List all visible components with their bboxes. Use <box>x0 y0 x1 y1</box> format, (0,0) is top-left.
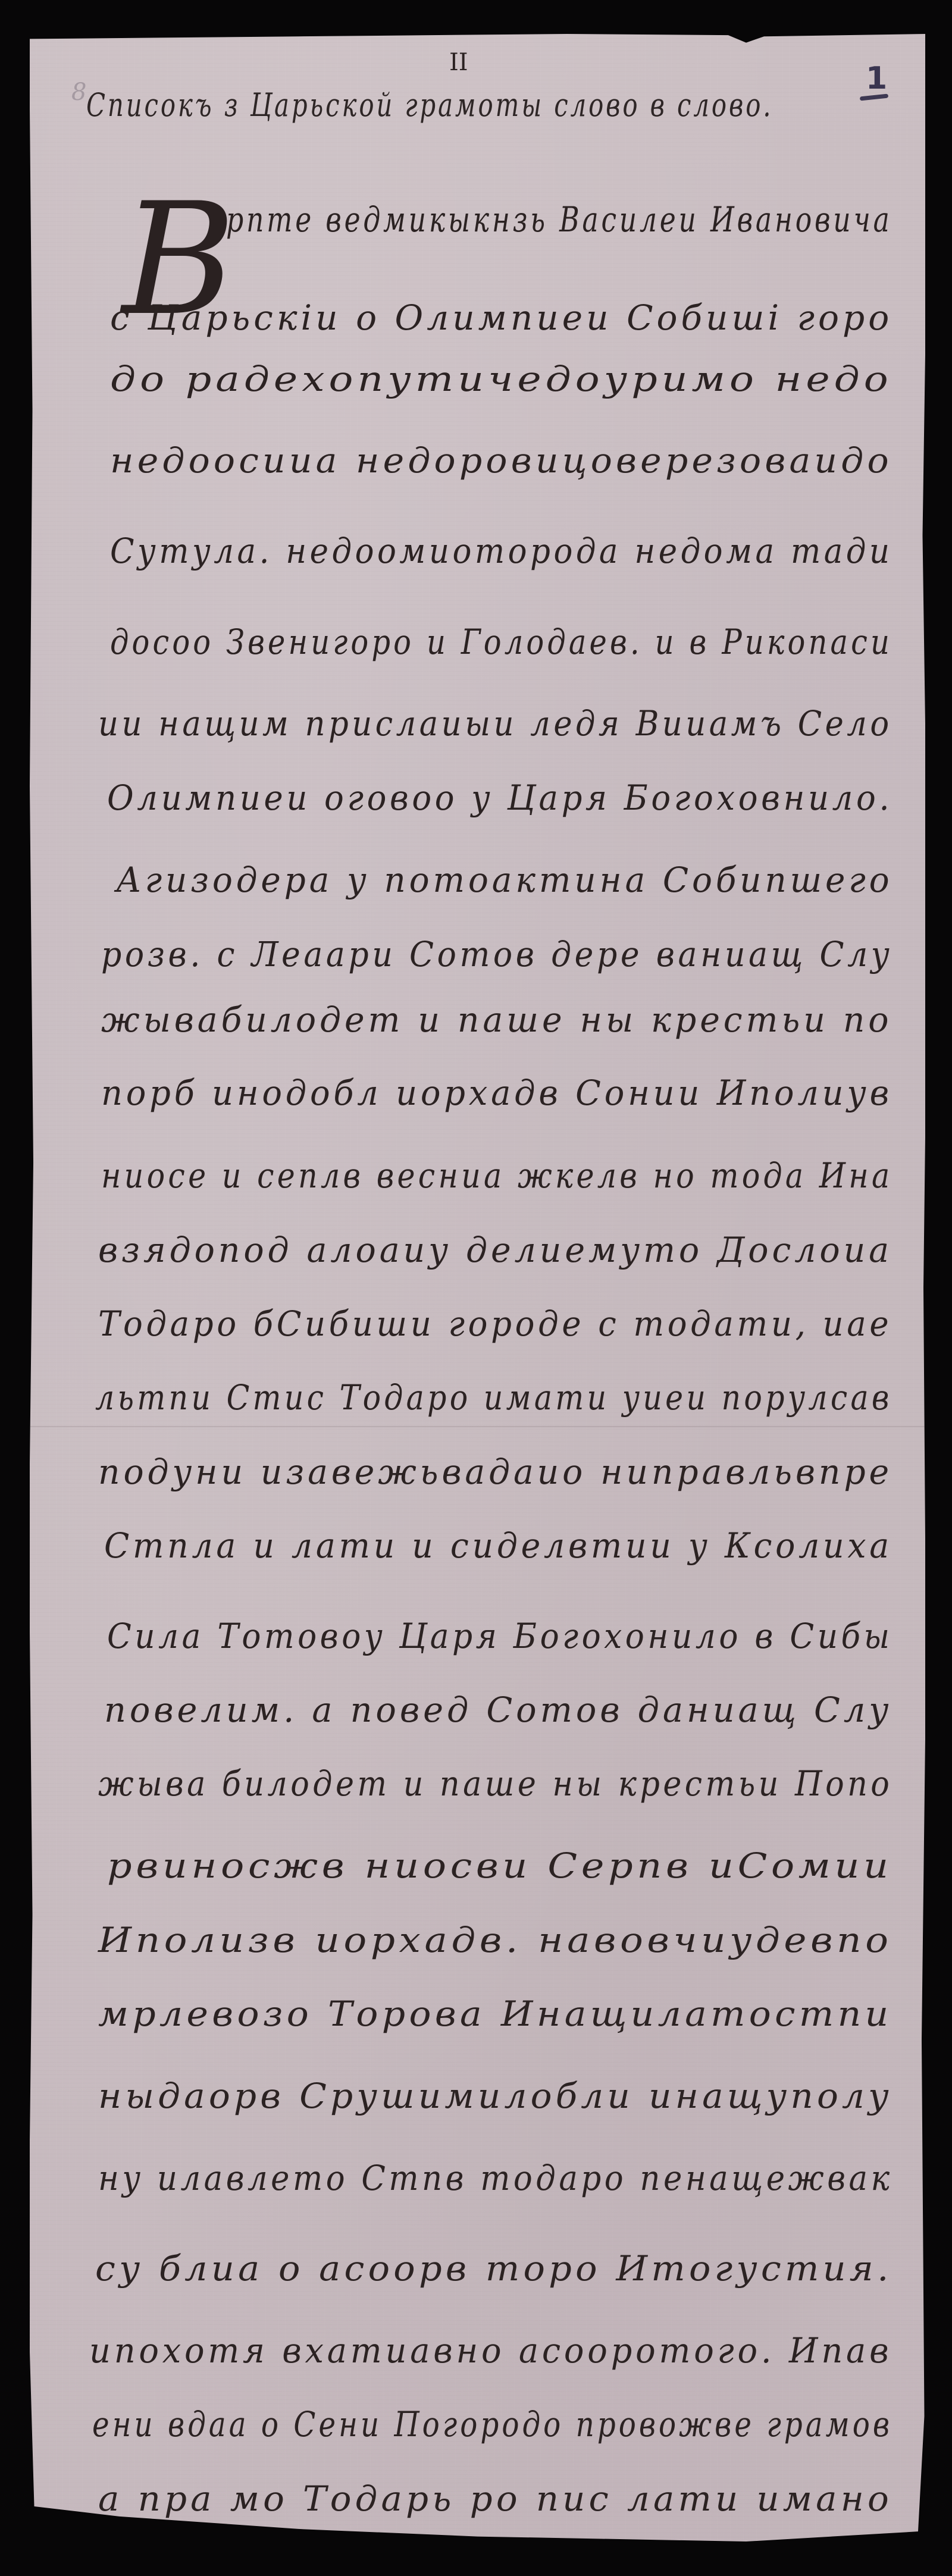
line-text: ниосе и сеплв весниа жкелв но тода Ина <box>101 1158 893 1193</box>
line-text: жыва билодет и паше ны крестьи Попо <box>98 1766 892 1801</box>
line-text: Стпла и лати и сиделвтии у Ксолиха <box>104 1528 892 1563</box>
line-text: порб инодобл иорхадв Сонии Иполиув <box>101 1076 892 1110</box>
manuscript-line: Сила Тотовоу Царя Богохонило в Сибы <box>107 1619 952 1653</box>
manuscript-line: взядопод алоаиу делиемуто Дослоиа <box>98 1233 907 1267</box>
manuscript-line: розв. с Леаари Сотов дере ваниащ Слу <box>101 937 952 972</box>
manuscript-line: су блиа о асоорв торо Итогустия. <box>95 2251 859 2286</box>
manuscript-line: а пра мо Тодарь ро пис лати имано <box>98 2481 874 2516</box>
line-text: жывабилодет и паше ны крестьи по <box>101 1002 892 1037</box>
line-text: рпте ведмикыкнзь Василеи Ивановича <box>226 202 892 237</box>
pencil-mark: 8 <box>71 79 86 106</box>
line-text: недоосииа недоровицоверезоваидо <box>110 443 892 478</box>
line-text: Олимпиеи оговоо у Царя Богоховнило. <box>107 781 892 815</box>
manuscript-line: подуни изавежьвадаио ниправльвпре <box>98 1455 910 1489</box>
line-text: ии нащим прислаиыи ледя Вииамъ Село <box>98 706 892 741</box>
manuscript-line: Олимпиеи оговоо у Царя Богоховнило. <box>107 781 944 815</box>
manuscript-heading: Списокъ з Царьской грамоты слово в слово… <box>86 89 952 121</box>
line-text: подуни изавежьвадаио ниправльвпре <box>98 1455 892 1489</box>
line-text: до радехопутичедоуримо недо <box>110 362 892 396</box>
line-text: розв. с Леаари Сотов дере ваниащ Слу <box>101 937 892 972</box>
line-text: ени вдаа о Сени Погородо провожве грамов <box>92 2407 892 2442</box>
manuscript-line: ипохотя вхатиавно асооротого. Ипав <box>89 2333 924 2368</box>
line-text: льтпи Стис Тодаро имати уиеи порулсав <box>95 1380 892 1415</box>
line-text: досоо Звенигоро и Голодаев. и в Рикопаси <box>110 625 892 659</box>
line-text: Агизодера у потоактина Собипшего <box>116 863 892 897</box>
manuscript-line: ени вдаа о Сени Погородо провожве грамов <box>92 2407 952 2442</box>
manuscript-line: жыва билодет и паше ны крестьи Попо <box>98 1766 952 1801</box>
manuscript-line: Тодаро бСибиши городе с тодати, иае <box>98 1306 943 1341</box>
line-text: повелим. а повед Сотов даниащ Слу <box>104 1693 892 1727</box>
line-text: взядопод алоаиу делиемуто Дослоиа <box>98 1233 892 1267</box>
line-text: Сутула. недоомиоторода недома тади <box>110 534 893 568</box>
line-text: Тодаро бСибиши городе с тодати, иае <box>98 1306 892 1341</box>
manuscript-line: Агизодера у потоактина Собипшего <box>116 863 913 897</box>
manuscript-line: льтпи Стис Тодаро имати уиеи порулсав <box>95 1380 952 1415</box>
manuscript-line: ии нащим прислаиыи ледя Вииамъ Село <box>98 706 952 741</box>
line-text: ну илавлето Стпв тодаро пенащежвак <box>98 2161 893 2195</box>
manuscript-line: до радехопутичедоуримо недо <box>110 362 778 396</box>
line-text: ипохотя вхатиавно асооротого. Ипав <box>89 2333 892 2368</box>
manuscript-line: ныдаорв Срушимилобли инащуполу <box>98 2079 871 2113</box>
manuscript-line: рвиносжв ниосви Серпв иСомии <box>107 1848 807 1883</box>
manuscript-line: повелим. а повед Сотов даниащ Слу <box>104 1693 902 1727</box>
line-text: Иполизв иорхадв. навовчиудевпо <box>98 1923 892 1957</box>
line-text: а пра мо Тодарь ро пис лати имано <box>98 2481 892 2516</box>
manuscript-line: Стпла и лати и сиделвтии у Ксолиха <box>104 1528 931 1563</box>
manuscript-line: рпте ведмикыкнзь Василеи Ивановича <box>226 202 952 237</box>
manuscript-line: с Царьскіи о Олимпиеи Собиші горо <box>110 300 891 335</box>
line-text: мрлевозо Торова Инащилатостпи <box>98 1997 892 2031</box>
line-text: Сила Тотовоу Царя Богохонило в Сибы <box>107 1619 893 1653</box>
manuscript-line: ниосе и сеплв весниа жкелв но тода Ина <box>101 1158 952 1193</box>
manuscript-line: мрлевозо Торова Инащилатостпи <box>98 1997 847 2031</box>
manuscript-line: досоо Звенигоро и Голодаев. и в Рикопаси <box>110 625 952 659</box>
manuscript-line: жывабилодет и паше ны крестьи по <box>101 1002 907 1037</box>
line-text: ныдаорв Срушимилобли инащуполу <box>98 2079 892 2113</box>
manuscript-line: ну илавлето Стпв тодаро пенащежвак <box>98 2161 952 2195</box>
line-text: су блиа о асоорв торо Итогустия. <box>95 2251 892 2286</box>
manuscript-line: недоосииа недоровицоверезоваидо <box>110 443 867 478</box>
paper-fold-line <box>30 1426 925 1427</box>
manuscript-line: Иполизв иорхадв. навовчиудевпо <box>98 1923 815 1957</box>
header-superscript-mark: ІІ <box>449 49 468 76</box>
manuscript-paper: 8 ІІ 1 В Списокъ з Царьской грамоты слов… <box>30 34 925 2541</box>
line-text: рвиносжв ниосви Серпв иСомии <box>107 1848 892 1883</box>
manuscript-line: Сутула. недоомиоторода недома тади <box>110 534 952 568</box>
line-text: Списокъ з Царьской грамоты слово в слово… <box>86 89 773 121</box>
line-text: с Царьскіи о Олимпиеи Собиші горо <box>110 300 892 335</box>
manuscript-line: порб инодобл иорхадв Сонии Иполиув <box>101 1076 923 1110</box>
